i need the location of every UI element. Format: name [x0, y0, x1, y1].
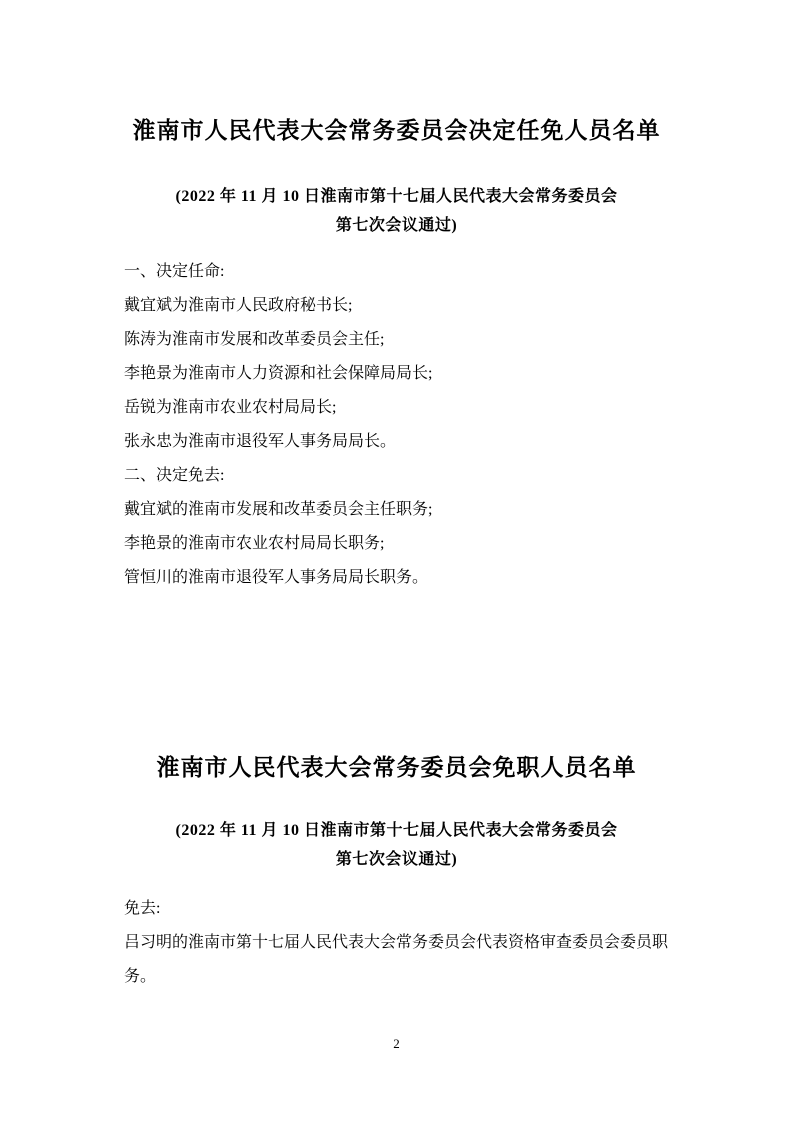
doc1-section1-heading: 一、决定任命: — [124, 255, 693, 289]
doc1-appointment-item: 岳锐为淮南市农业农村局局长; — [124, 391, 693, 425]
doc1-subtitle-line2: 第七次会议通过) — [0, 211, 793, 240]
doc1-body: 一、决定任命: 戴宜斌为淮南市人民政府秘书长; 陈涛为淮南市发展和改革委员会主任… — [0, 255, 793, 595]
doc1-section2-heading: 二、决定免去: — [124, 459, 693, 493]
doc2-title: 淮南市人民代表大会常务委员会免职人员名单 — [0, 752, 793, 784]
document-page: 淮南市人民代表大会常务委员会决定任免人员名单 (2022 年 11 月 10 日… — [0, 0, 793, 1122]
doc2-subtitle: (2022 年 11 月 10 日淮南市第十七届人民代表大会常务委员会 第七次会… — [0, 816, 793, 874]
doc1-removal-item: 李艳景的淮南市农业农村局局长职务; — [124, 527, 693, 561]
doc2-heading: 免去: — [124, 892, 693, 926]
doc1-subtitle: (2022 年 11 月 10 日淮南市第十七届人民代表大会常务委员会 第七次会… — [0, 182, 793, 240]
appointment-removal-notice: 淮南市人民代表大会常务委员会决定任免人员名单 (2022 年 11 月 10 日… — [0, 115, 793, 595]
doc2-removal-item: 吕习明的淮南市第十七届人民代表大会常务委员会代表资格审查委员会委员职务。 — [124, 926, 693, 994]
page-number: 2 — [0, 1036, 793, 1052]
doc1-title: 淮南市人民代表大会常务委员会决定任免人员名单 — [0, 115, 793, 147]
doc2-body: 免去: 吕习明的淮南市第十七届人民代表大会常务委员会代表资格审查委员会委员职务。 — [0, 892, 793, 994]
doc1-subtitle-line1: (2022 年 11 月 10 日淮南市第十七届人民代表大会常务委员会 — [0, 182, 793, 211]
doc1-appointment-item: 张永忠为淮南市退役军人事务局局长。 — [124, 425, 693, 459]
doc1-appointment-item: 李艳景为淮南市人力资源和社会保障局局长; — [124, 357, 693, 391]
doc1-removal-item: 管恒川的淮南市退役军人事务局局长职务。 — [124, 561, 693, 595]
doc2-subtitle-line2: 第七次会议通过) — [0, 845, 793, 874]
doc1-appointment-item: 戴宜斌为淮南市人民政府秘书长; — [124, 289, 693, 323]
doc1-removal-item: 戴宜斌的淮南市发展和改革委员会主任职务; — [124, 493, 693, 527]
doc2-subtitle-line1: (2022 年 11 月 10 日淮南市第十七届人民代表大会常务委员会 — [0, 816, 793, 845]
dismissal-notice: 淮南市人民代表大会常务委员会免职人员名单 (2022 年 11 月 10 日淮南… — [0, 752, 793, 994]
doc1-appointment-item: 陈涛为淮南市发展和改革委员会主任; — [124, 323, 693, 357]
